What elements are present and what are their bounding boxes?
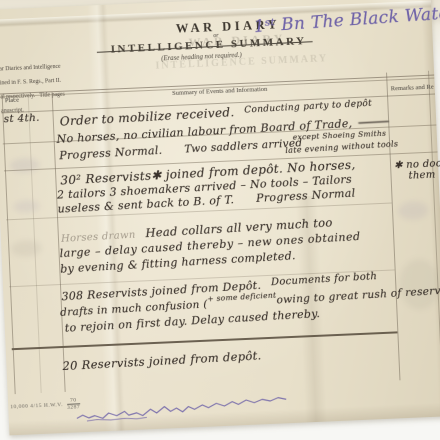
column-header-place: Place [5, 97, 19, 105]
ink-bleedthrough-smudge [13, 200, 39, 213]
date-entry: st 4th. [3, 112, 40, 126]
remarks-note-line: them [408, 170, 436, 182]
scanned-war-diary: { "header": { "war_diary": "WAR DIARY", … [0, 0, 440, 440]
diary-entry-line: 20 Reservists joined from depôt. [62, 348, 262, 373]
imprint-text: 10,000 4/15 H.W.V. [10, 402, 63, 410]
ink-squiggle [76, 395, 291, 424]
entry-text: Progress Normal. [59, 144, 163, 163]
war-diary-page: WAR DIARY INTELLIGENCE SUMMARY WAR DIARY… [0, 0, 440, 435]
ink-bleedthrough-smudge [11, 240, 42, 257]
unit-title-handwritten: 1ˢᵗ Bn The Black Watch [253, 3, 440, 37]
struck-out-word: ——— [358, 115, 389, 130]
column-header-summary: Summary of Events and Information [105, 83, 335, 100]
table-rule-v [428, 71, 440, 379]
column-header-remarks: Remarks and Re [391, 84, 434, 93]
instructions-line: ined in F. S. Regs., Part II. [0, 78, 61, 87]
remarks-note: ✱ no doc them [394, 158, 440, 182]
instructions-line: ar Diaries and Intelligence [0, 64, 61, 73]
printers-imprint: 10,000 4/15 H.W.V.703287 [10, 397, 80, 413]
ink-bleedthrough-smudge [398, 201, 429, 220]
